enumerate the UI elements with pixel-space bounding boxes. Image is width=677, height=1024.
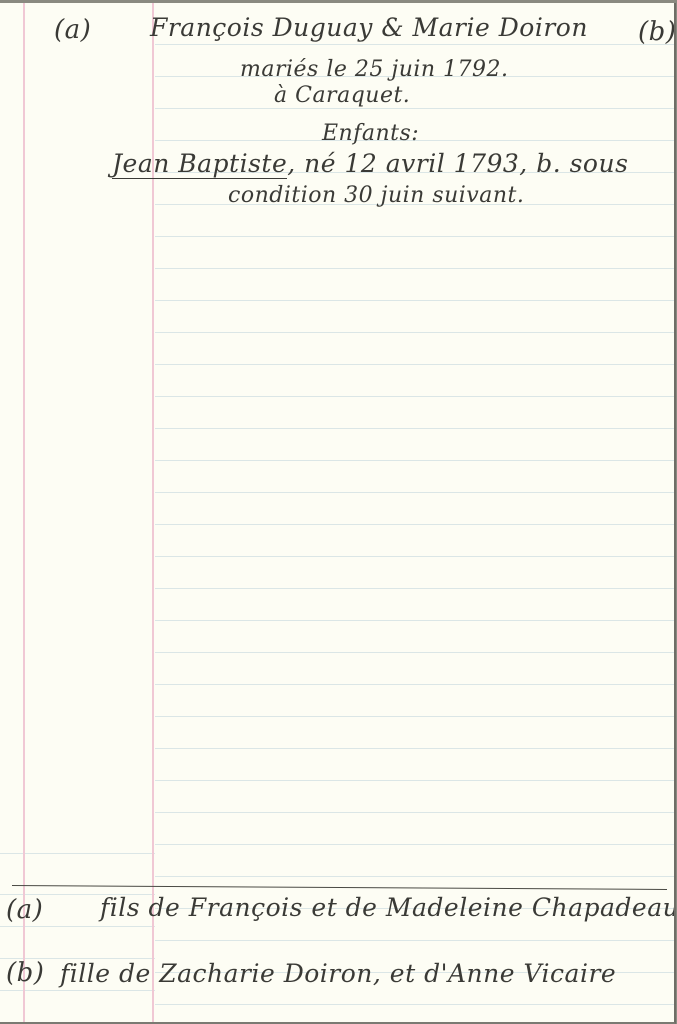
header-marker-a: (a): [54, 15, 91, 45]
child-name: Jean Baptiste: [112, 149, 287, 179]
child-entry: Jean Baptiste, né 12 avril 1793, b. sous: [112, 149, 628, 178]
header-marker-b: (b): [638, 17, 676, 47]
couple-names: François Duguay & Marie Doiron: [150, 13, 588, 42]
left-margin-line: [23, 3, 25, 1022]
footnote-a-text: fils de François et de Madeleine Chapade…: [100, 893, 676, 922]
marriage-date: mariés le 25 juin 1792.: [240, 57, 509, 82]
child-baptism: condition 30 juin suivant.: [228, 183, 524, 208]
footnote-marker-a: (a): [6, 895, 43, 925]
register-page: (a) François Duguay & Marie Doiron (b) m…: [0, 3, 676, 1024]
child-birth: , né 12 avril 1793, b. sous: [287, 149, 628, 178]
marriage-place: à Caraquet.: [274, 83, 410, 108]
footnote-marker-b: (b): [6, 958, 44, 988]
children-heading: Enfants:: [322, 121, 419, 146]
footnote-b-text: fille de Zacharie Doiron, et d'Anne Vica…: [60, 959, 616, 988]
